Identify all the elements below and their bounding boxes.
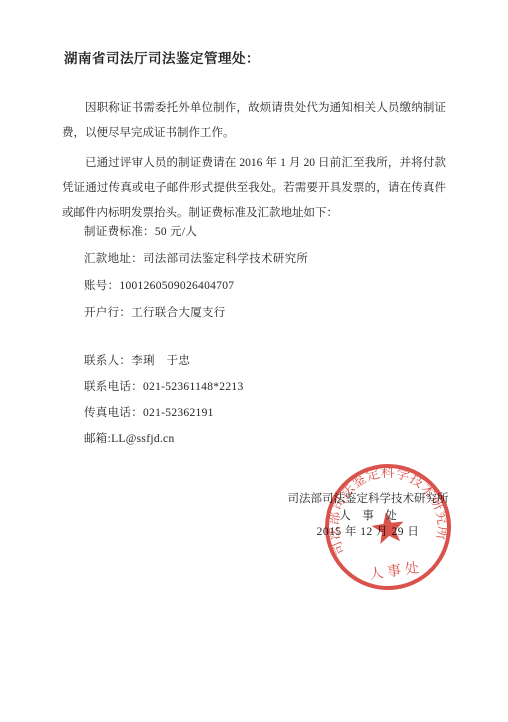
account-number-value: 1001260509026404707	[119, 280, 234, 292]
contact-person-value: 李琍 于忠	[131, 355, 190, 367]
bank-branch-value: 工行联合大厦支行	[131, 307, 225, 319]
remittance-address-label: 汇款地址：	[84, 253, 143, 265]
body-paragraphs: 因职称证书需委托外单位制作，故烦请贵处代为通知相关人员缴纳制证费，以便尽早完成证…	[62, 96, 446, 226]
contact-person-label: 联系人：	[84, 355, 131, 367]
fee-standard-label: 制证费标准：	[84, 226, 155, 238]
fee-standard-line: 制证费标准：50 元/人	[84, 219, 308, 246]
signature-dept: 人 事 处	[282, 508, 454, 525]
salutation: 湖南省司法厅司法鉴定管理处：	[64, 47, 260, 67]
email-label: 邮箱:	[84, 433, 111, 445]
fax-number-value: 021-52362191	[143, 407, 214, 419]
contact-person-line: 联系人：李琍 于忠	[84, 348, 244, 374]
bank-branch-label: 开户行：	[84, 307, 131, 319]
signature-block: 司法部司法鉴定科学技术研究所 人 事 处 2015 年 12 月 29 日	[282, 491, 454, 541]
contact-details: 联系人：李琍 于忠 联系电话：021-52361148*2213 传真电话：02…	[84, 348, 244, 452]
signature-date: 2015 年 12 月 29 日	[282, 524, 454, 541]
account-number-label: 账号：	[84, 280, 119, 292]
remittance-address-value: 司法部司法鉴定科学技术研究所	[143, 253, 308, 265]
paragraph-request: 因职称证书需委托外单位制作，故烦请贵处代为通知相关人员缴纳制证费，以便尽早完成证…	[62, 96, 446, 146]
paragraph-payment-instructions: 已通过评审人员的制证费请在 2016 年 1 月 20 日前汇至我所，并将付款凭…	[62, 151, 446, 226]
fax-number-line: 传真电话：021-52362191	[84, 400, 244, 426]
account-number-line: 账号：1001260509026404707	[84, 273, 308, 300]
fee-standard-value: 50 元/人	[155, 226, 197, 238]
email-line: 邮箱:LL@ssfjd.cn	[84, 426, 244, 452]
fee-details: 制证费标准：50 元/人 汇款地址：司法部司法鉴定科学技术研究所 账号：1001…	[84, 219, 308, 327]
fax-number-label: 传真电话：	[84, 407, 143, 419]
contact-phone-value: 021-52361148*2213	[143, 381, 244, 393]
seal-bottom-text: 人事处	[368, 559, 424, 583]
contact-phone-label: 联系电话：	[84, 381, 143, 393]
bank-branch-line: 开户行：工行联合大厦支行	[84, 300, 308, 327]
remittance-address-line: 汇款地址：司法部司法鉴定科学技术研究所	[84, 246, 308, 273]
email-value: LL@ssfjd.cn	[111, 433, 174, 445]
signature-org: 司法部司法鉴定科学技术研究所	[282, 491, 454, 508]
letter-page: 湖南省司法厅司法鉴定管理处： 因职称证书需委托外单位制作，故烦请贵处代为通知相关…	[0, 0, 508, 722]
contact-phone-line: 联系电话：021-52361148*2213	[84, 374, 244, 400]
